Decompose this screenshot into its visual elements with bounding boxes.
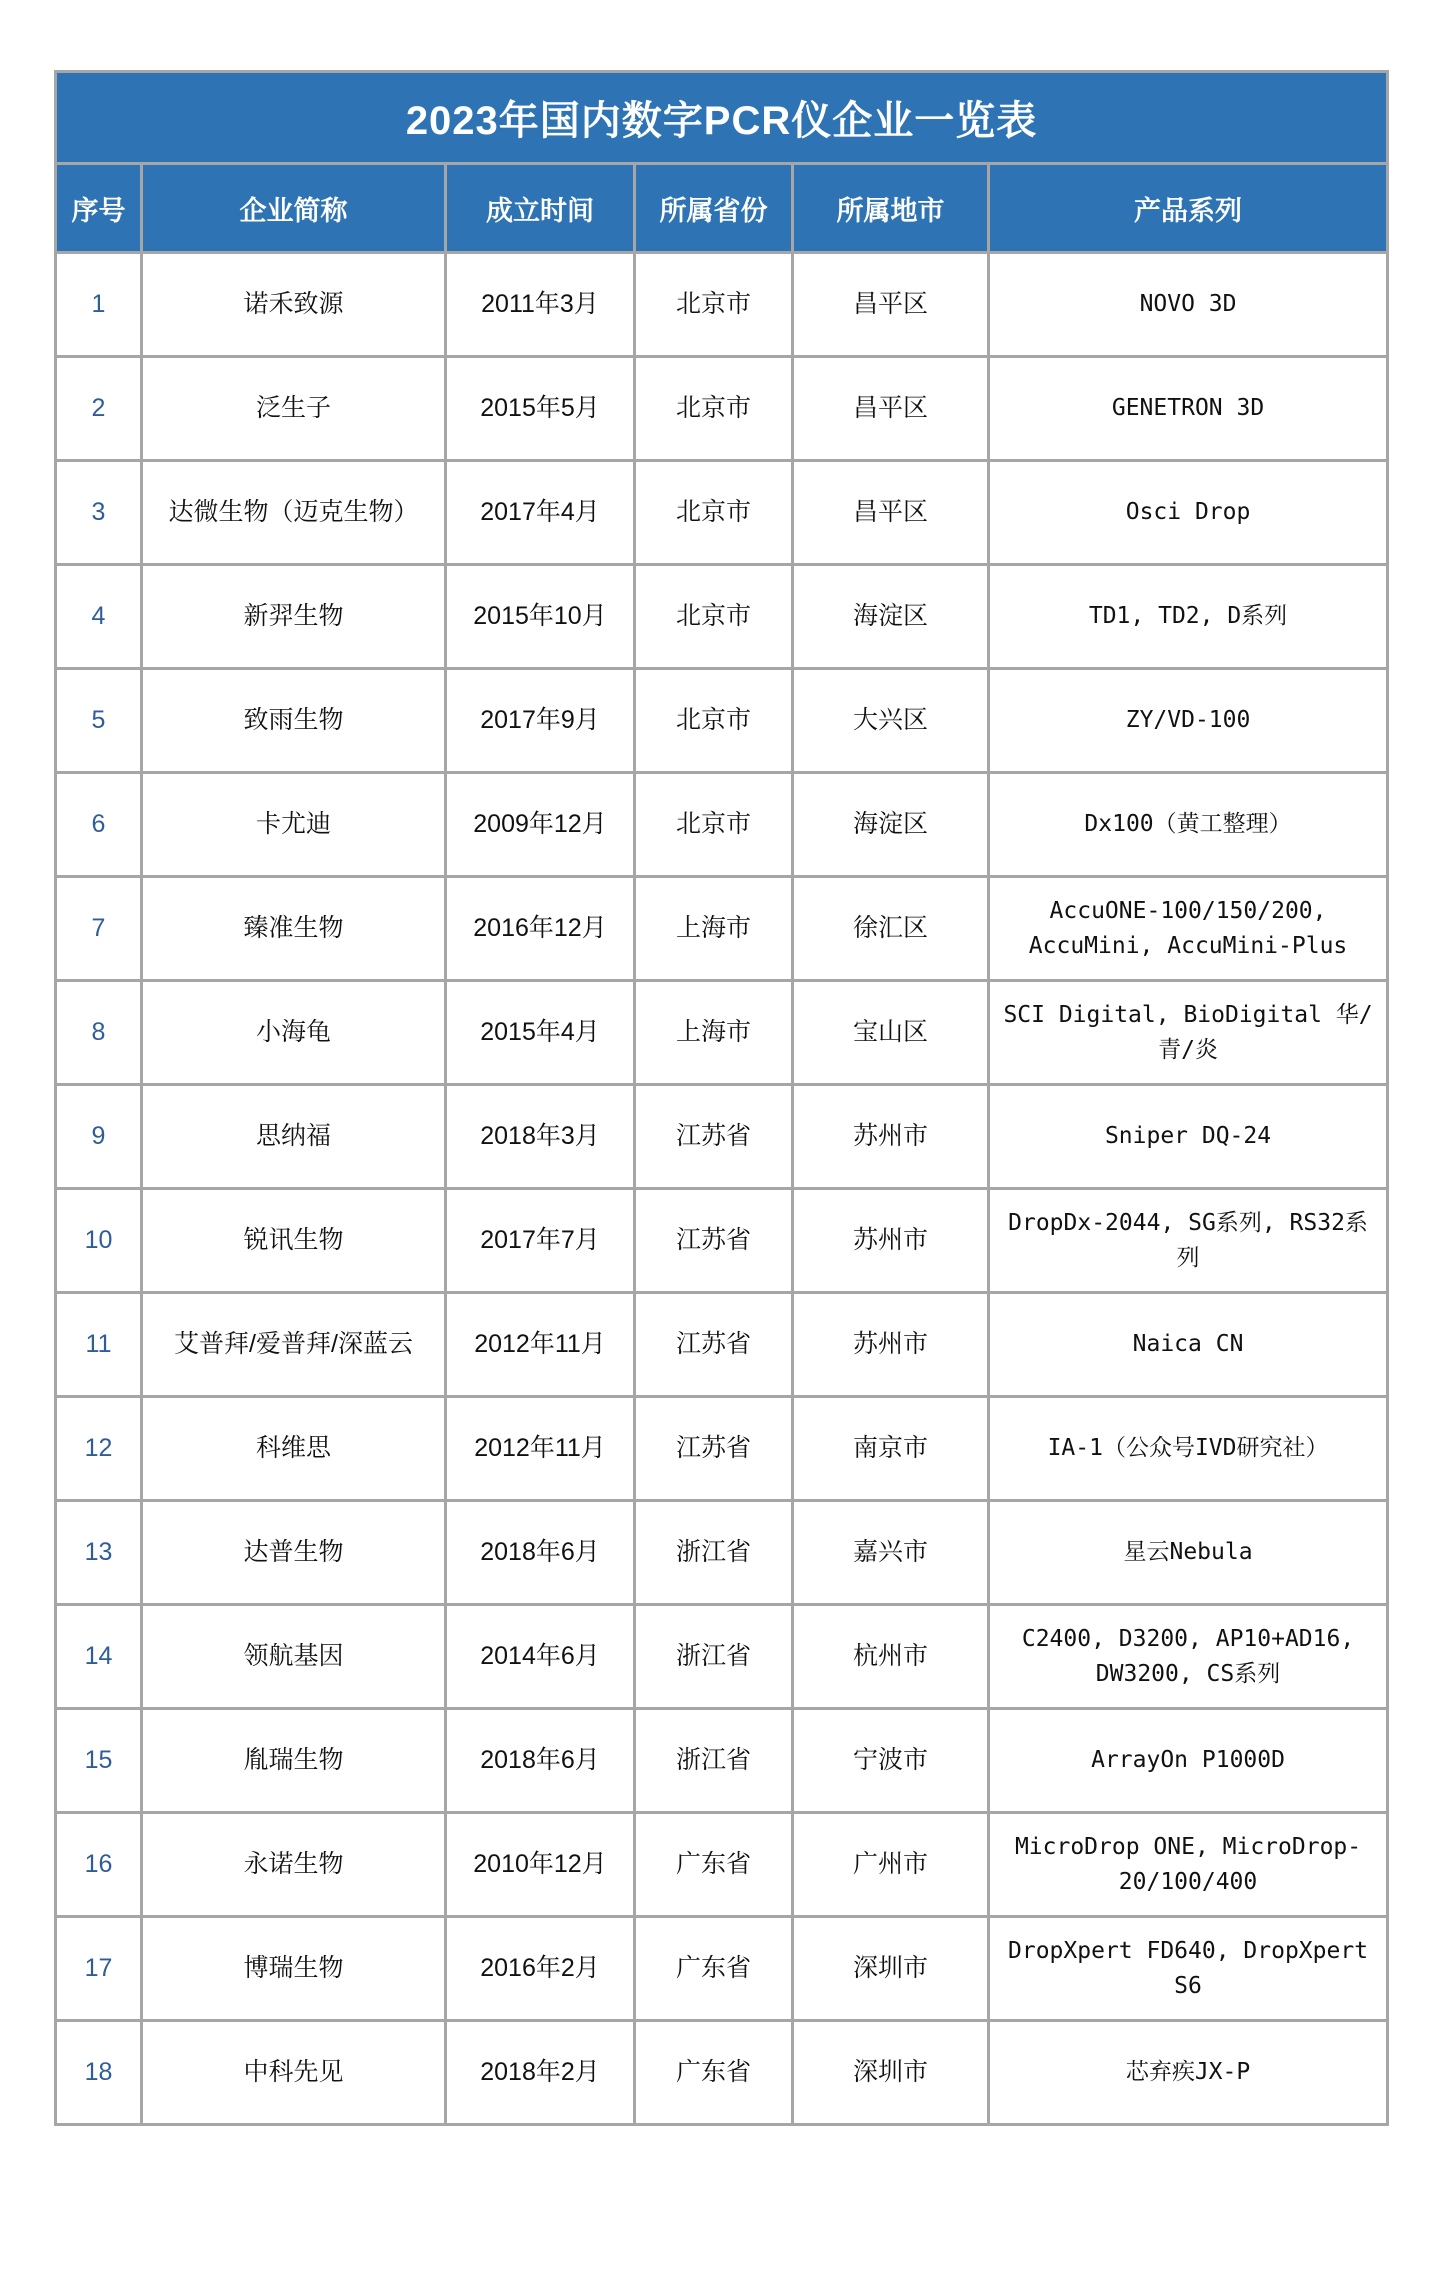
products-cell: AccuONE-100/150/200, AccuMini, AccuMini-… (989, 877, 1388, 981)
company-cell: 科维思 (142, 1397, 446, 1501)
pcr-company-table-wrap: 2023年国内数字PCR仪企业一览表 序号 企业简称 成立时间 所属省份 所属地… (54, 70, 1389, 2126)
province-cell: 浙江省 (635, 1709, 793, 1813)
row-index-cell: 12 (56, 1397, 142, 1501)
row-index-cell: 17 (56, 1917, 142, 2021)
company-cell: 达普生物 (142, 1501, 446, 1605)
header-row: 序号 企业简称 成立时间 所属省份 所属地市 产品系列 (56, 164, 1388, 253)
table-body: 1 诺禾致源 2011年3月 北京市 昌平区 NOVO 3D 2 泛生子 201… (56, 253, 1388, 2125)
table-row: 14 领航基因 2014年6月 浙江省 杭州市 C2400, D3200, AP… (56, 1605, 1388, 1709)
province-cell: 江苏省 (635, 1293, 793, 1397)
city-cell: 海淀区 (793, 773, 989, 877)
company-cell: 博瑞生物 (142, 1917, 446, 2021)
table-row: 4 新羿生物 2015年10月 北京市 海淀区 TD1, TD2, D系列 (56, 565, 1388, 669)
founded-cell: 2011年3月 (446, 253, 635, 357)
province-cell: 北京市 (635, 253, 793, 357)
products-cell: MicroDrop ONE, MicroDrop-20/100/400 (989, 1813, 1388, 1917)
founded-cell: 2010年12月 (446, 1813, 635, 1917)
products-cell: SCI Digital, BioDigital 华/青/炎 (989, 981, 1388, 1085)
products-cell: DropXpert FD640, DropXpert S6 (989, 1917, 1388, 2021)
row-index-cell: 11 (56, 1293, 142, 1397)
founded-cell: 2012年11月 (446, 1293, 635, 1397)
founded-cell: 2016年12月 (446, 877, 635, 981)
products-cell: 芯弃疾JX-P (989, 2021, 1388, 2125)
table-row: 6 卡尤迪 2009年12月 北京市 海淀区 Dx100（黄工整理） (56, 773, 1388, 877)
company-cell: 卡尤迪 (142, 773, 446, 877)
table-row: 2 泛生子 2015年5月 北京市 昌平区 GENETRON 3D (56, 357, 1388, 461)
province-cell: 北京市 (635, 773, 793, 877)
row-index-cell: 13 (56, 1501, 142, 1605)
founded-cell: 2018年6月 (446, 1709, 635, 1813)
province-cell: 江苏省 (635, 1397, 793, 1501)
table-row: 16 永诺生物 2010年12月 广东省 广州市 MicroDrop ONE, … (56, 1813, 1388, 1917)
city-cell: 宁波市 (793, 1709, 989, 1813)
province-cell: 广东省 (635, 1917, 793, 2021)
table-row: 7 臻准生物 2016年12月 上海市 徐汇区 AccuONE-100/150/… (56, 877, 1388, 981)
founded-cell: 2017年9月 (446, 669, 635, 773)
city-cell: 广州市 (793, 1813, 989, 1917)
products-cell: TD1, TD2, D系列 (989, 565, 1388, 669)
province-cell: 上海市 (635, 877, 793, 981)
founded-cell: 2018年3月 (446, 1085, 635, 1189)
company-cell: 诺禾致源 (142, 253, 446, 357)
founded-cell: 2017年7月 (446, 1189, 635, 1293)
pcr-company-table: 2023年国内数字PCR仪企业一览表 序号 企业简称 成立时间 所属省份 所属地… (54, 70, 1389, 2126)
province-cell: 北京市 (635, 565, 793, 669)
row-index-cell: 6 (56, 773, 142, 877)
province-cell: 上海市 (635, 981, 793, 1085)
founded-cell: 2012年11月 (446, 1397, 635, 1501)
table-row: 10 锐讯生物 2017年7月 江苏省 苏州市 DropDx-2044, SG系… (56, 1189, 1388, 1293)
table-row: 18 中科先见 2018年2月 广东省 深圳市 芯弃疾JX-P (56, 2021, 1388, 2125)
province-cell: 江苏省 (635, 1189, 793, 1293)
table-row: 3 达微生物（迈克生物） 2017年4月 北京市 昌平区 Osci Drop (56, 461, 1388, 565)
row-index-cell: 10 (56, 1189, 142, 1293)
company-cell: 臻准生物 (142, 877, 446, 981)
company-cell: 胤瑞生物 (142, 1709, 446, 1813)
city-cell: 昌平区 (793, 461, 989, 565)
products-cell: ZY/VD-100 (989, 669, 1388, 773)
table-row: 12 科维思 2012年11月 江苏省 南京市 IA-1（公众号IVD研究社） (56, 1397, 1388, 1501)
row-index-cell: 14 (56, 1605, 142, 1709)
page-title: 2023年国内数字PCR仪企业一览表 (56, 72, 1388, 164)
products-cell: Sniper DQ-24 (989, 1085, 1388, 1189)
founded-cell: 2015年5月 (446, 357, 635, 461)
company-cell: 达微生物（迈克生物） (142, 461, 446, 565)
products-cell: IA-1（公众号IVD研究社） (989, 1397, 1388, 1501)
products-cell: 星云Nebula (989, 1501, 1388, 1605)
row-index-cell: 3 (56, 461, 142, 565)
city-cell: 昌平区 (793, 253, 989, 357)
province-cell: 广东省 (635, 1813, 793, 1917)
company-cell: 小海龟 (142, 981, 446, 1085)
products-cell: C2400, D3200, AP10+AD16, DW3200, CS系列 (989, 1605, 1388, 1709)
row-index-cell: 8 (56, 981, 142, 1085)
company-cell: 新羿生物 (142, 565, 446, 669)
founded-cell: 2014年6月 (446, 1605, 635, 1709)
province-cell: 江苏省 (635, 1085, 793, 1189)
province-cell: 广东省 (635, 2021, 793, 2125)
column-header-city: 所属地市 (793, 164, 989, 253)
table-row: 17 博瑞生物 2016年2月 广东省 深圳市 DropXpert FD640,… (56, 1917, 1388, 2021)
province-cell: 北京市 (635, 669, 793, 773)
title-row: 2023年国内数字PCR仪企业一览表 (56, 72, 1388, 164)
city-cell: 深圳市 (793, 1917, 989, 2021)
province-cell: 浙江省 (635, 1605, 793, 1709)
row-index-cell: 2 (56, 357, 142, 461)
city-cell: 昌平区 (793, 357, 989, 461)
table-row: 1 诺禾致源 2011年3月 北京市 昌平区 NOVO 3D (56, 253, 1388, 357)
company-cell: 致雨生物 (142, 669, 446, 773)
founded-cell: 2015年10月 (446, 565, 635, 669)
products-cell: ArrayOn P1000D (989, 1709, 1388, 1813)
table-row: 13 达普生物 2018年6月 浙江省 嘉兴市 星云Nebula (56, 1501, 1388, 1605)
row-index-cell: 7 (56, 877, 142, 981)
company-cell: 永诺生物 (142, 1813, 446, 1917)
company-cell: 锐讯生物 (142, 1189, 446, 1293)
table-row: 9 思纳福 2018年3月 江苏省 苏州市 Sniper DQ-24 (56, 1085, 1388, 1189)
table-row: 5 致雨生物 2017年9月 北京市 大兴区 ZY/VD-100 (56, 669, 1388, 773)
table-row: 8 小海龟 2015年4月 上海市 宝山区 SCI Digital, BioDi… (56, 981, 1388, 1085)
company-cell: 领航基因 (142, 1605, 446, 1709)
city-cell: 苏州市 (793, 1085, 989, 1189)
company-cell: 思纳福 (142, 1085, 446, 1189)
province-cell: 北京市 (635, 461, 793, 565)
founded-cell: 2017年4月 (446, 461, 635, 565)
column-header-products: 产品系列 (989, 164, 1388, 253)
products-cell: Dx100（黄工整理） (989, 773, 1388, 877)
table-row: 11 艾普拜/爱普拜/深蓝云 2012年11月 江苏省 苏州市 Naica CN (56, 1293, 1388, 1397)
founded-cell: 2016年2月 (446, 1917, 635, 2021)
company-cell: 泛生子 (142, 357, 446, 461)
column-header-no: 序号 (56, 164, 142, 253)
row-index-cell: 9 (56, 1085, 142, 1189)
city-cell: 徐汇区 (793, 877, 989, 981)
city-cell: 南京市 (793, 1397, 989, 1501)
city-cell: 深圳市 (793, 2021, 989, 2125)
city-cell: 苏州市 (793, 1293, 989, 1397)
row-index-cell: 5 (56, 669, 142, 773)
row-index-cell: 18 (56, 2021, 142, 2125)
products-cell: NOVO 3D (989, 253, 1388, 357)
row-index-cell: 4 (56, 565, 142, 669)
column-header-province: 所属省份 (635, 164, 793, 253)
products-cell: Osci Drop (989, 461, 1388, 565)
city-cell: 大兴区 (793, 669, 989, 773)
table-row: 15 胤瑞生物 2018年6月 浙江省 宁波市 ArrayOn P1000D (56, 1709, 1388, 1813)
city-cell: 杭州市 (793, 1605, 989, 1709)
company-cell: 艾普拜/爱普拜/深蓝云 (142, 1293, 446, 1397)
founded-cell: 2015年4月 (446, 981, 635, 1085)
city-cell: 海淀区 (793, 565, 989, 669)
products-cell: DropDx-2044, SG系列, RS32系列 (989, 1189, 1388, 1293)
founded-cell: 2018年2月 (446, 2021, 635, 2125)
province-cell: 浙江省 (635, 1501, 793, 1605)
province-cell: 北京市 (635, 357, 793, 461)
company-cell: 中科先见 (142, 2021, 446, 2125)
city-cell: 宝山区 (793, 981, 989, 1085)
city-cell: 嘉兴市 (793, 1501, 989, 1605)
row-index-cell: 15 (56, 1709, 142, 1813)
column-header-company: 企业简称 (142, 164, 446, 253)
products-cell: Naica CN (989, 1293, 1388, 1397)
row-index-cell: 1 (56, 253, 142, 357)
founded-cell: 2009年12月 (446, 773, 635, 877)
column-header-founded: 成立时间 (446, 164, 635, 253)
products-cell: GENETRON 3D (989, 357, 1388, 461)
founded-cell: 2018年6月 (446, 1501, 635, 1605)
city-cell: 苏州市 (793, 1189, 989, 1293)
row-index-cell: 16 (56, 1813, 142, 1917)
page: 2023年国内数字PCR仪企业一览表 序号 企业简称 成立时间 所属省份 所属地… (0, 0, 1441, 2271)
